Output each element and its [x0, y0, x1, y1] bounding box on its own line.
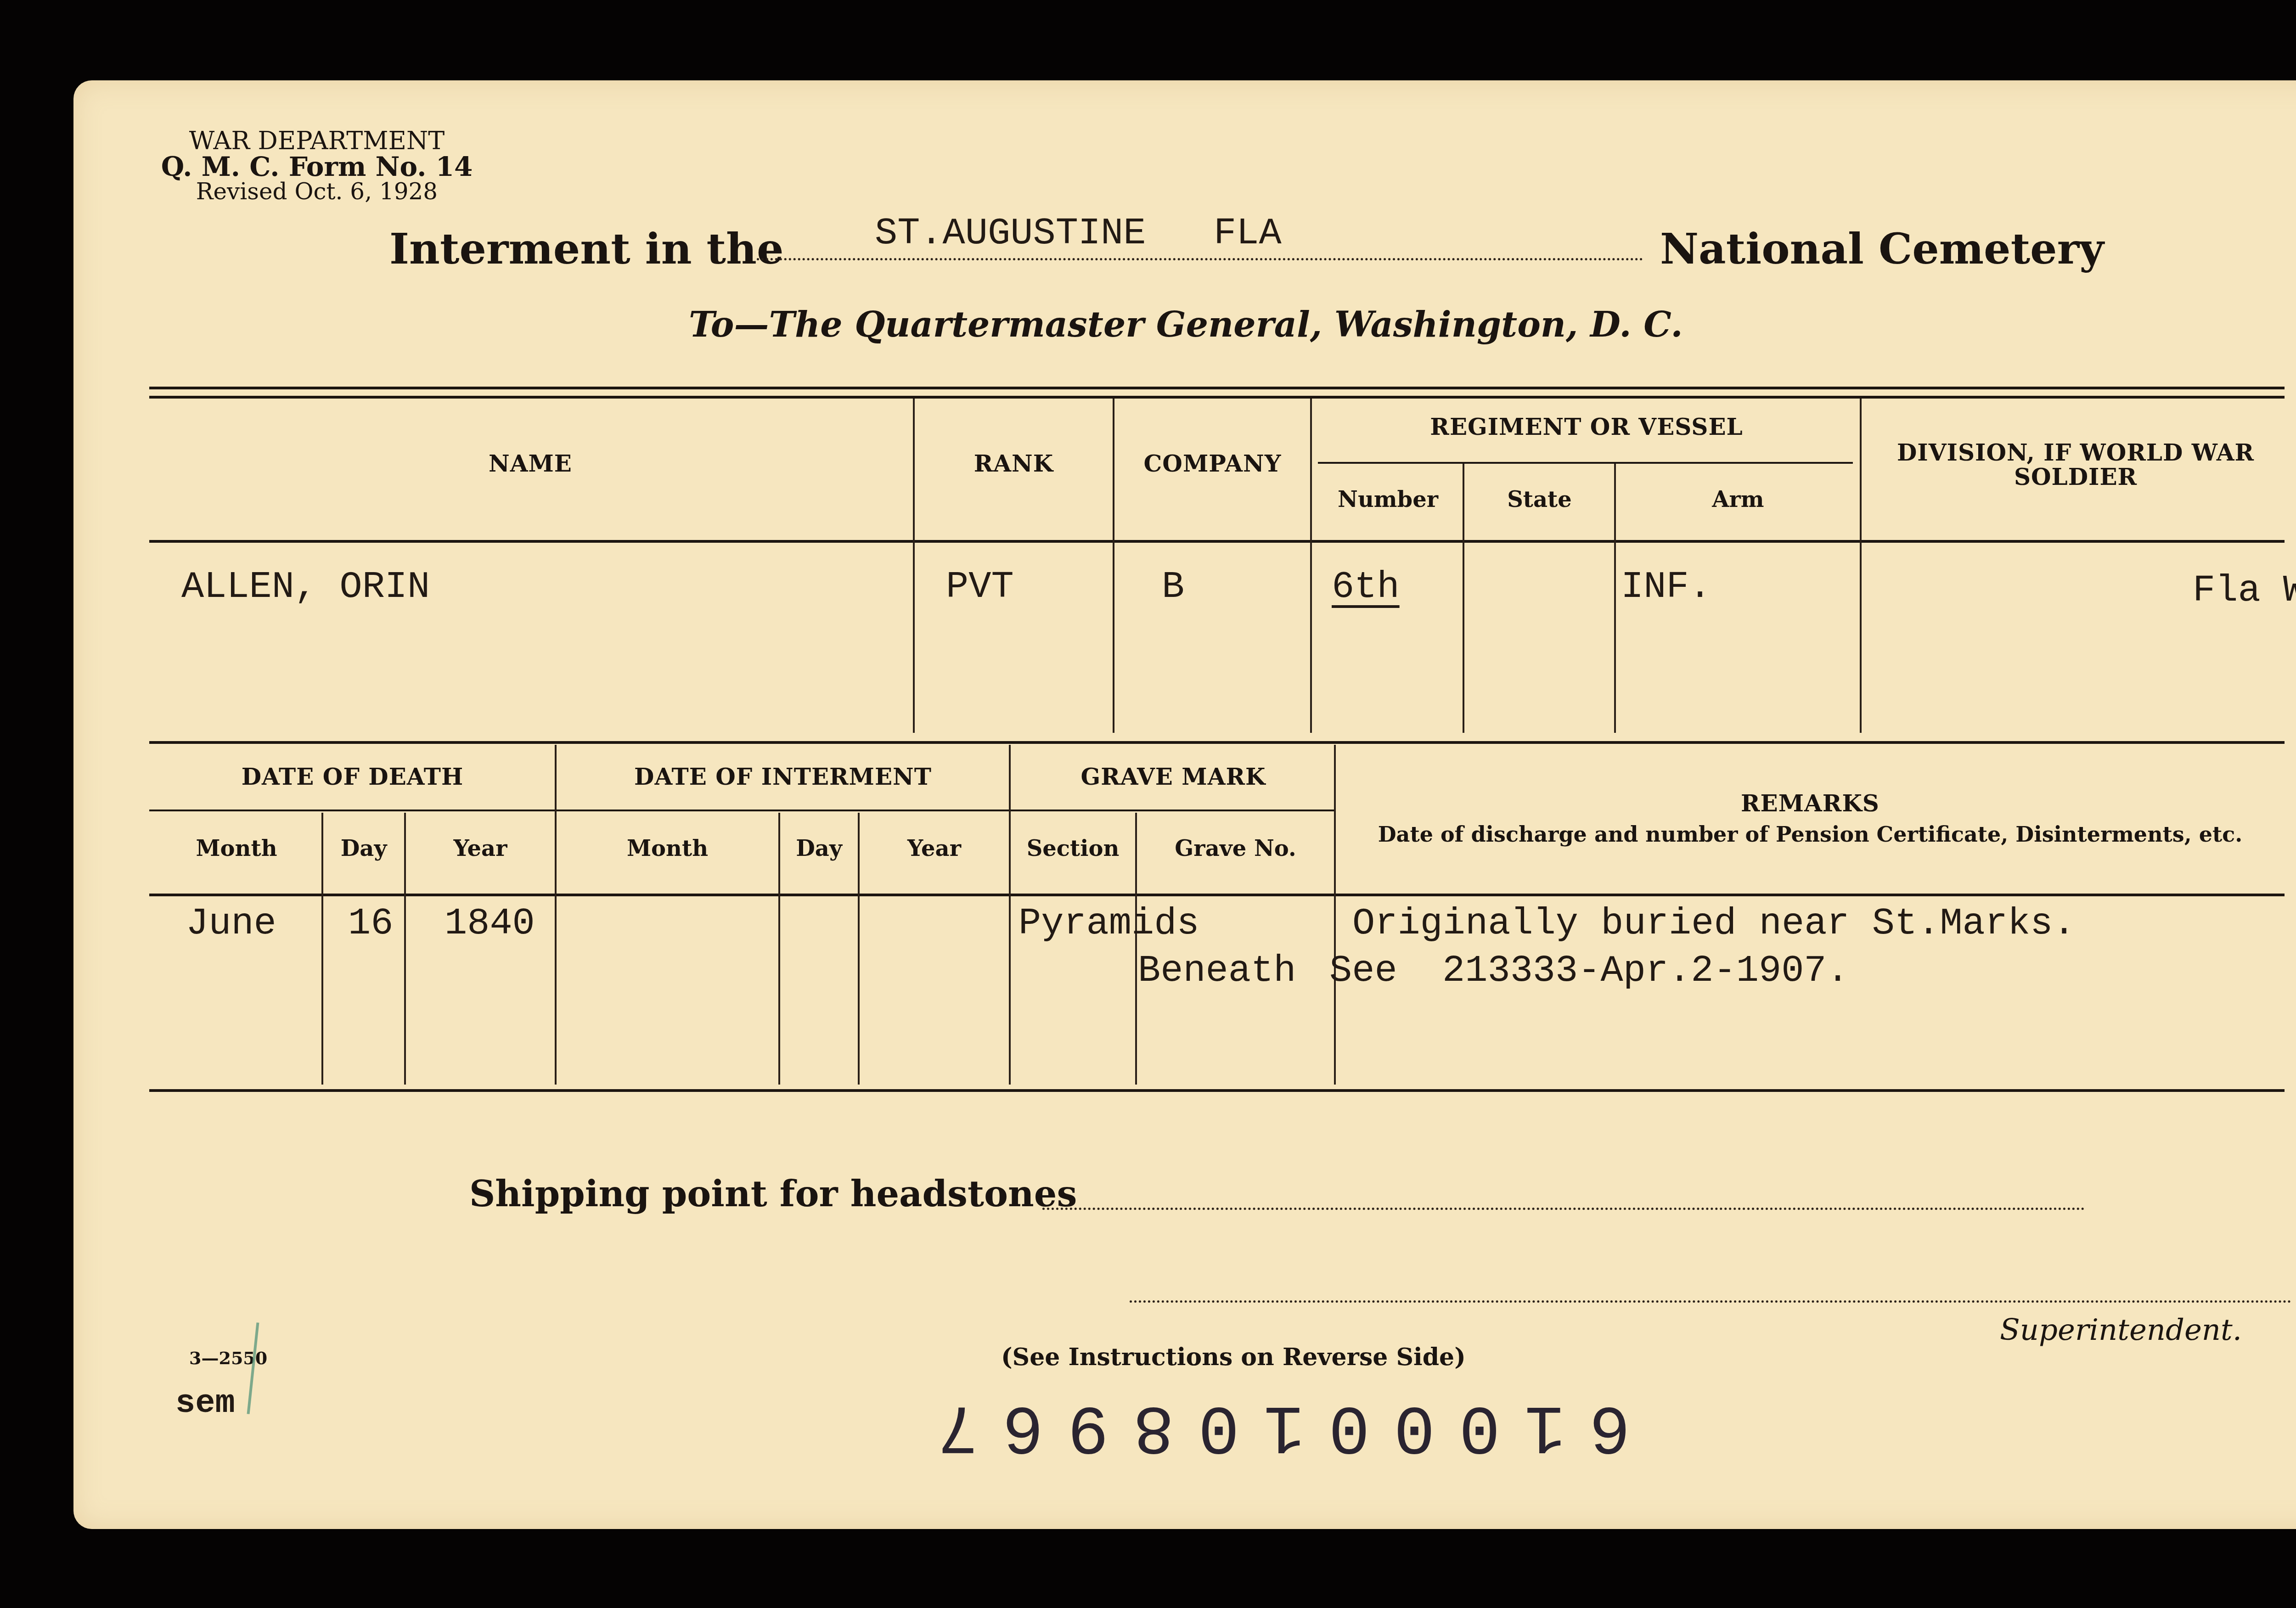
cemetery-field-line [757, 258, 1643, 260]
cemetery-field-value[interactable]: ST.AUGUSTINE FLA [875, 212, 1282, 255]
header-remarks-subtitle: Date of discharge and number of Pension … [1337, 822, 2283, 847]
header-grave-mark: GRAVE MARK [1013, 763, 1334, 790]
header-rank: RANK [916, 450, 1111, 477]
header-state: State [1465, 487, 1614, 512]
divider-death-interment [555, 745, 557, 1085]
header-number: Number [1313, 487, 1463, 512]
header-regiment-or-vessel: REGIMENT OR VESSEL [1313, 413, 1860, 440]
divider-company-regiment [1310, 399, 1312, 733]
divider-grave-remarks [1334, 745, 1336, 1085]
header-remarks: REMARKS [1337, 790, 2283, 817]
shipping-point-field[interactable] [1042, 1208, 2085, 1210]
divider-interment-grave [1009, 745, 1011, 1085]
cell-death-year[interactable]: 1840 [445, 902, 535, 945]
shipping-point-label: Shipping point for headstones [469, 1173, 1077, 1215]
instructions-note: (See Instructions on Reverse Side) [1001, 1343, 1466, 1371]
header-death-day: Day [323, 836, 404, 861]
cell-grave-number[interactable]: Beneath [1138, 950, 1296, 992]
divider-rank-company [1113, 399, 1114, 733]
stamped-serial-number: 61000108967 [822, 1387, 1722, 1465]
divider-arm-division [1860, 399, 1862, 733]
superintendent-signature-line[interactable] [1130, 1300, 2291, 1303]
cell-division[interactable]: Fla War [2193, 569, 2296, 612]
regiment-subheader-rule [1318, 462, 1853, 464]
interment-prefix: Interment in the [389, 224, 784, 274]
revised-date: Revised Oct. 6, 1928 [152, 180, 482, 203]
header-date-of-interment: DATE OF INTERMENT [558, 763, 1008, 790]
header-death-month: Month [152, 836, 321, 861]
header-name: NAME [152, 450, 909, 477]
department-label: WAR DEPARTMENT [152, 129, 482, 153]
table-top-rule-2 [149, 396, 2285, 399]
header-section: Section [1011, 836, 1135, 861]
form-number: Q. M. C. Form No. 14 [152, 153, 482, 180]
form-header: WAR DEPARTMENT Q. M. C. Form No. 14 Revi… [152, 129, 482, 203]
header-division: DIVISION, IF WORLD WAR SOLDIER [1878, 441, 2273, 489]
header-interment-month: Month [557, 836, 778, 861]
cell-name[interactable]: ALLEN, ORIN [181, 566, 430, 608]
cell-remarks-line-1[interactable]: Originally buried near St.Marks. [1352, 902, 2076, 945]
header-interment-day: Day [780, 836, 858, 861]
burial-subheader-rule [149, 810, 1334, 811]
cell-rank[interactable]: PVT [946, 566, 1014, 608]
clerk-initials: sem [175, 1384, 235, 1422]
cell-remarks-line-2[interactable]: See 213333-Apr.2-1907. [1329, 950, 1849, 992]
header-grave-no: Grave No. [1137, 836, 1334, 861]
cell-grave-section[interactable]: Pyramids [1019, 902, 1199, 945]
service-table-bottom-rule [149, 741, 2285, 744]
header-date-of-death: DATE OF DEATH [152, 763, 553, 790]
service-header-bottom-rule [149, 540, 2285, 543]
superintendent-label: Superintendent. [2000, 1313, 2242, 1347]
cell-death-day[interactable]: 16 [348, 902, 393, 945]
burial-header-bottom-rule [149, 894, 2285, 896]
burial-table-bottom-rule [149, 1089, 2285, 1092]
cell-regiment-arm[interactable]: INF. [1621, 566, 1711, 608]
addressee-line: To—The Quartermaster General, Washington… [689, 304, 1683, 345]
divider-state-arm [1614, 464, 1616, 733]
cell-company[interactable]: B [1162, 566, 1184, 608]
header-interment-year: Year [860, 836, 1009, 861]
divider-number-state [1463, 464, 1464, 733]
header-company: COMPANY [1115, 450, 1310, 477]
table-top-rule-1 [149, 387, 2285, 389]
divider-name-rank [913, 399, 915, 733]
national-cemetery-suffix: National Cemetery [1660, 224, 2104, 274]
cell-regiment-number[interactable]: 6th [1332, 566, 1400, 608]
header-death-year: Year [406, 836, 555, 861]
header-arm: Arm [1616, 487, 1860, 512]
cell-death-month[interactable]: June [186, 902, 276, 945]
